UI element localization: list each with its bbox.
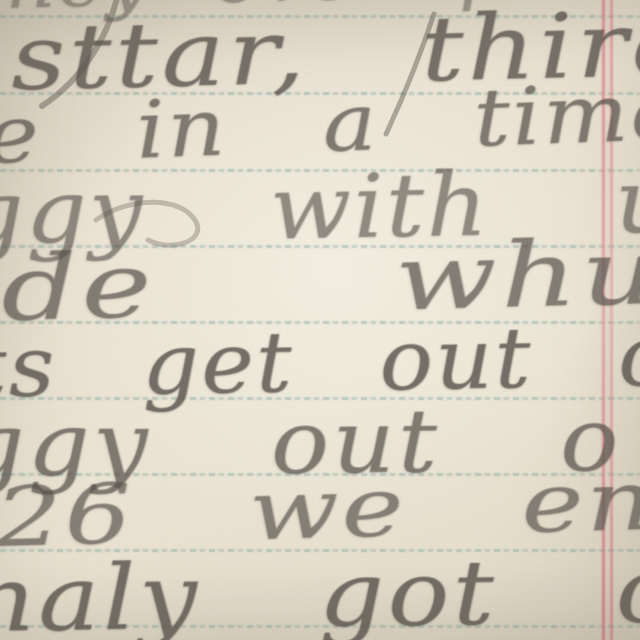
ruled-line <box>0 92 640 95</box>
handwriting-line: e in a time <box>0 72 640 176</box>
handwriting-line: ggy with u <box>0 158 640 258</box>
ruled-line <box>0 397 640 400</box>
notebook-page-photo: ney over p sttar, thire e in a time ggy … <box>0 0 640 640</box>
paper-grain-texture <box>0 0 640 640</box>
ruled-line <box>0 15 640 18</box>
handwriting-line: ts get out o <box>0 314 640 410</box>
ruled-line <box>0 473 640 476</box>
handwriting-line: lde whure <box>0 224 640 336</box>
pencil-flourish-strokes <box>0 0 640 640</box>
ruled-line <box>0 549 640 552</box>
photo-vignette <box>0 0 640 640</box>
ruled-line <box>0 245 640 248</box>
ruled-line <box>0 321 640 324</box>
margin-line-left <box>602 0 605 640</box>
ruled-line <box>0 625 640 628</box>
ruled-line <box>0 169 640 172</box>
margin-line-right <box>610 0 613 640</box>
